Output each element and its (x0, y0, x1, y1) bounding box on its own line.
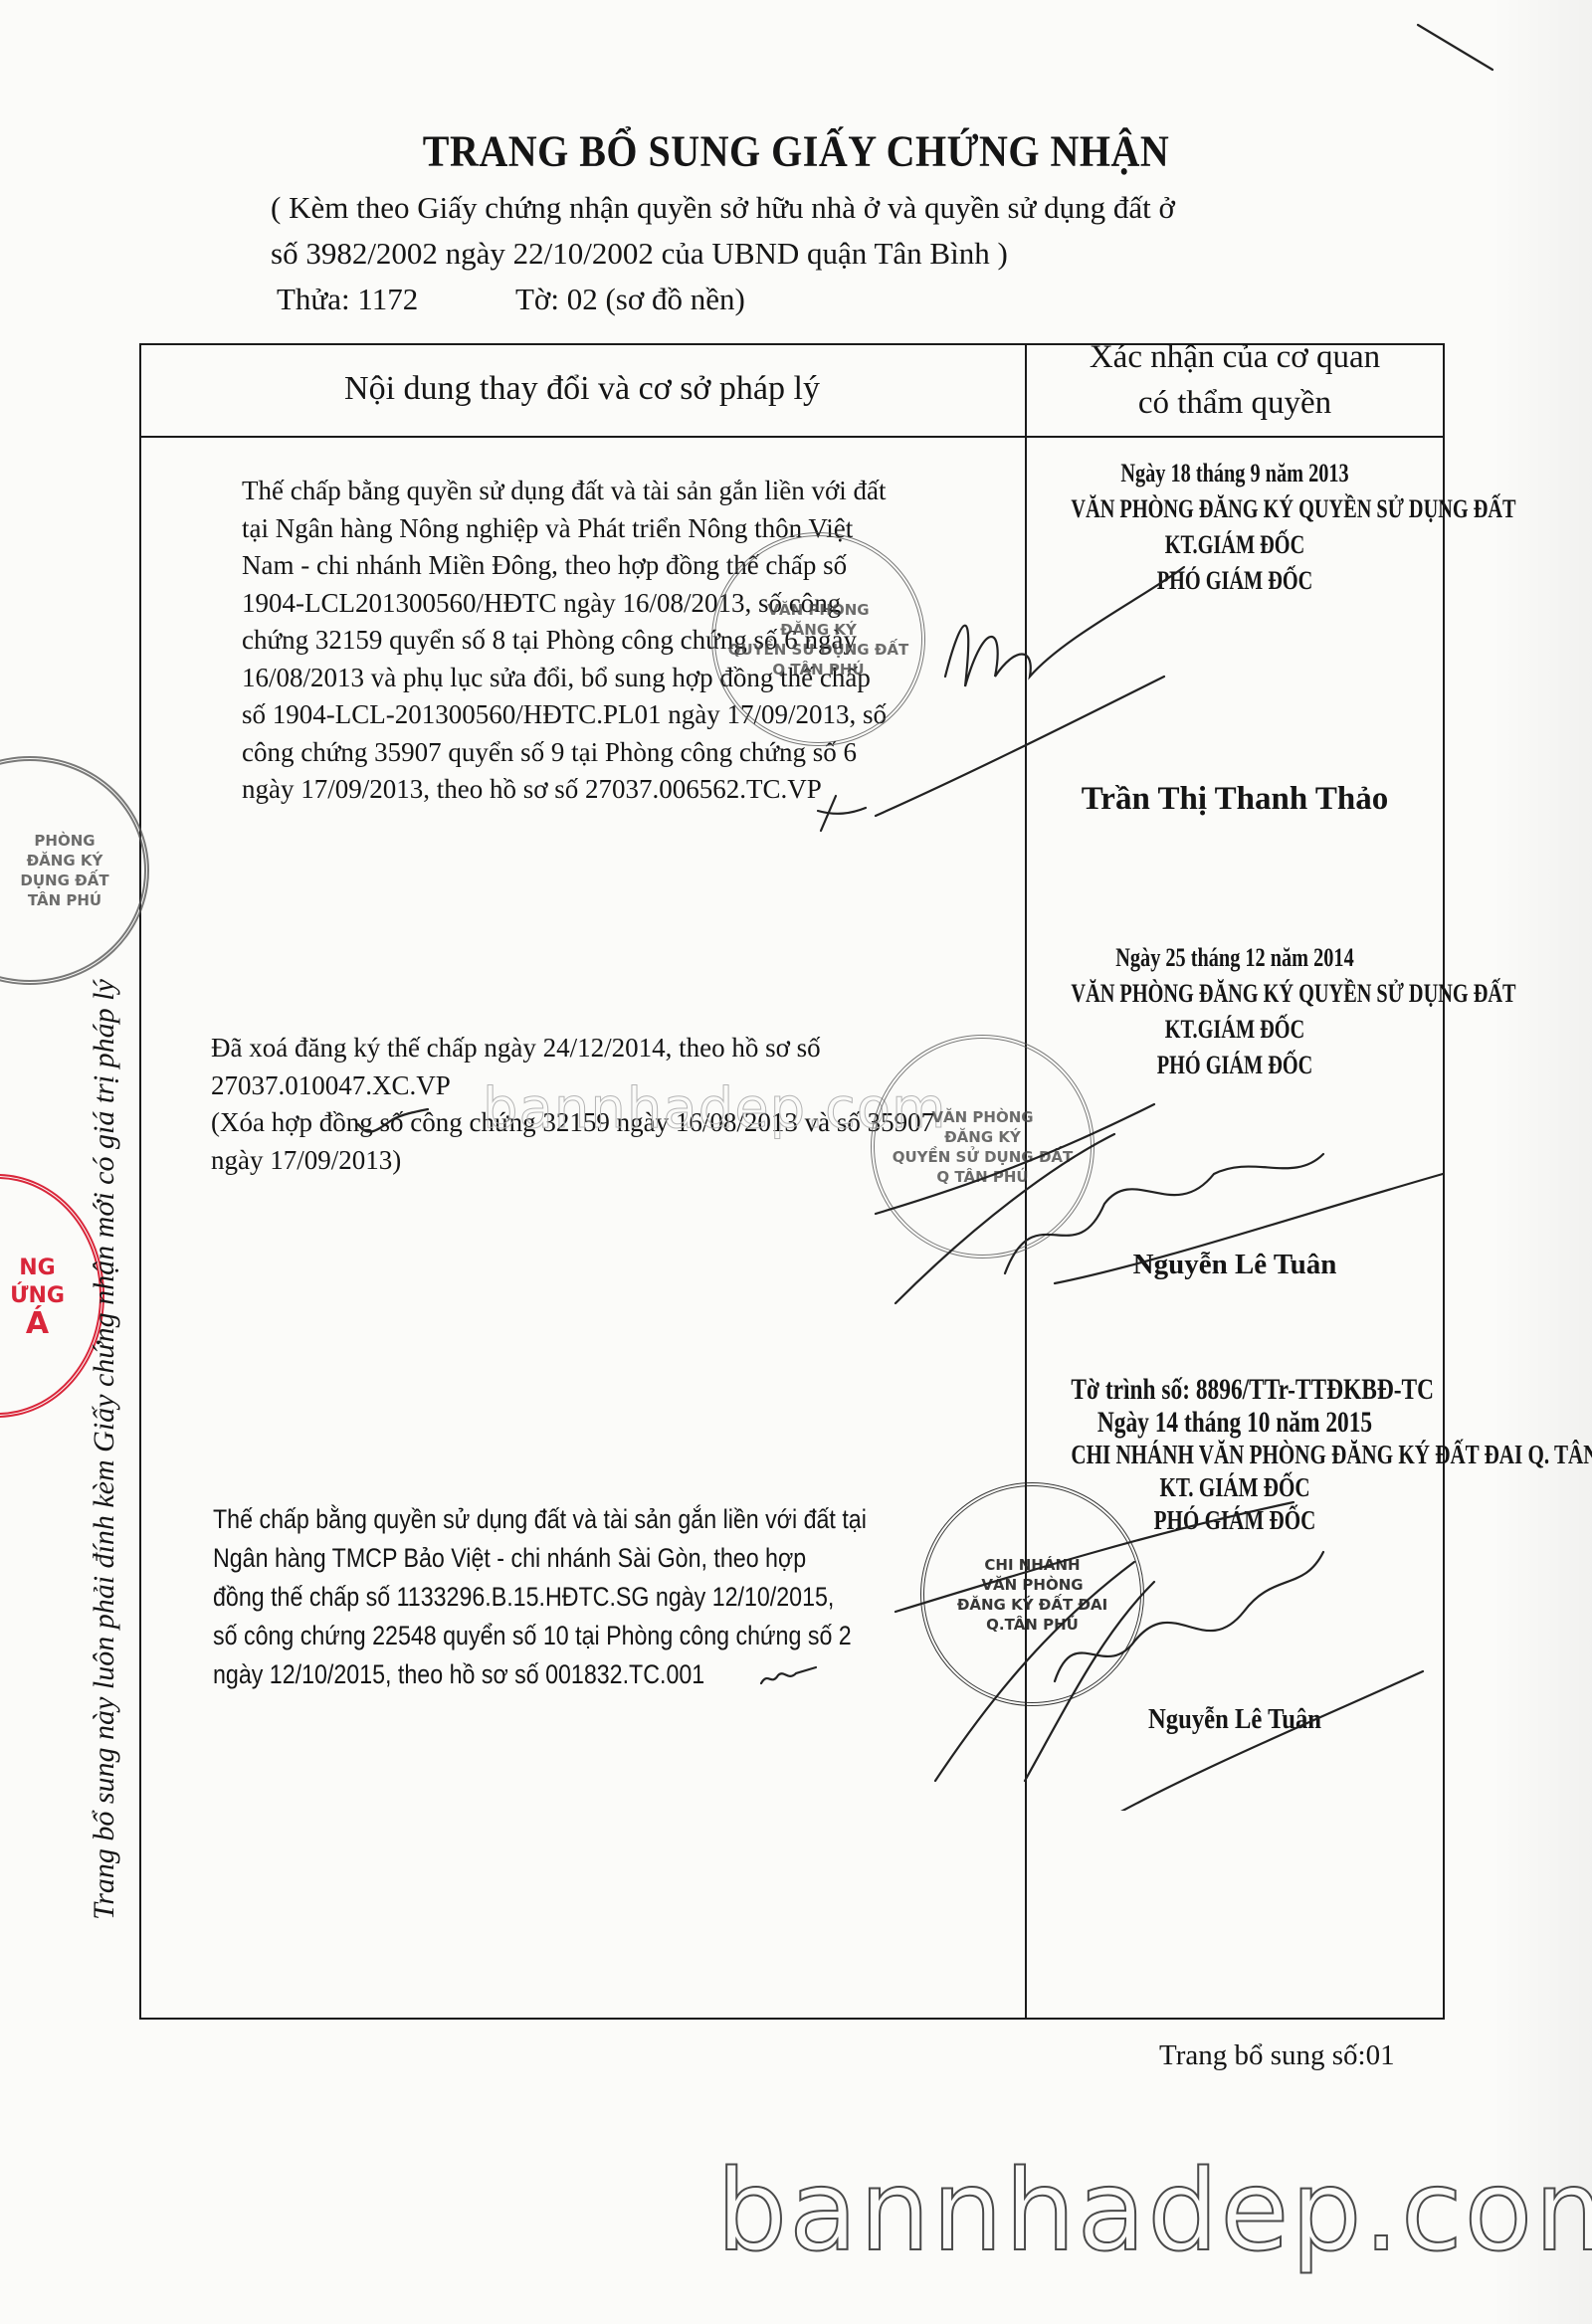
confirmation-date: Ngày 14 tháng 10 năm 2015 (1071, 1406, 1398, 1439)
page-label: Trang bổ sung số: (1159, 2039, 1366, 2071)
header-confirmation-line-1: Xác nhận của cơ quan (1025, 334, 1445, 380)
signature-1 (866, 557, 1284, 836)
seal-text: NG (0, 1255, 56, 1282)
header-confirmation-line-2: có thẩm quyền (1025, 380, 1445, 426)
entry-2-confirmation: Ngày 25 tháng 12 năm 2014 VĂN PHÒNG ĐĂNG… (1071, 940, 1398, 1083)
seal-text: Á (0, 1310, 49, 1338)
confirmation-office: VĂN PHÒNG ĐĂNG KÝ QUYỀN SỬ DỤNG ĐẤT (1071, 976, 1398, 1012)
confirmation-office: CHI NHÁNH VĂN PHÒNG ĐĂNG KÝ ĐẤT ĐAI Q. T… (1071, 1439, 1398, 1471)
subtitle-line-1: ( Kèm theo Giấy chứng nhận quyền sở hữu … (271, 185, 1175, 231)
page-number: 01 (1366, 2039, 1395, 2071)
seal-text: Q TÂN PHÚ (772, 660, 864, 679)
sheet-number: Tờ: 02 (sơ đồ nền) (515, 277, 745, 322)
entry-line: Thế chấp bằng quyền sử dụng đất và tài s… (242, 473, 887, 510)
confirmation-ref: Tờ trình số: 8896/TTr-TTĐKBĐ-TC (1071, 1373, 1398, 1406)
seal-text: VĂN PHÒNG (767, 600, 869, 620)
entry-line: Ngân hàng TMCP Bảo Việt - chi nhánh Sài … (213, 1539, 867, 1578)
confirmation-office: VĂN PHÒNG ĐĂNG KÝ QUYỀN SỬ DỤNG ĐẤT (1071, 491, 1398, 527)
entry-line: Thế chấp bằng quyền sử dụng đất và tài s… (213, 1500, 867, 1539)
confirmation-role-1: KT.GIÁM ĐỐC (1071, 1012, 1398, 1048)
document-title: TRANG BỔ SUNG GIẤY CHỨNG NHẬN (0, 124, 1592, 177)
entry-line: Đã xoá đăng ký thế chấp ngày 24/12/2014,… (211, 1030, 934, 1067)
confirmation-date: Ngày 25 tháng 12 năm 2014 (1071, 940, 1398, 976)
subtitle-line-2: số 3982/2002 ngày 22/10/2002 của UBND qu… (271, 231, 1008, 277)
entry-line: ngày 17/09/2013) (211, 1142, 934, 1180)
seal-text: TÂN PHÚ (0, 890, 101, 910)
header-content-column: Nội dung thay đổi và cơ sở pháp lý (139, 370, 1025, 408)
side-legal-note: Trang bổ sung này luôn phải đính kèm Giấ… (88, 952, 121, 1947)
table-header-divider (139, 436, 1445, 438)
header-confirmation-column: Xác nhận của cơ quan có thẩm quyền (1025, 334, 1445, 426)
confirmation-date: Ngày 18 tháng 9 năm 2013 (1071, 456, 1398, 491)
seal-text: ĐĂNG KÝ (0, 851, 102, 871)
seal-text: ĐĂNG KÝ (780, 620, 857, 640)
signature-3 (876, 1492, 1433, 1811)
seal-text: DỤNG ĐẤT (0, 871, 109, 890)
signature-2 (856, 1074, 1453, 1313)
entry-line: số công chứng 22548 quyển số 10 tại Phòn… (213, 1617, 867, 1655)
watermark: bannhadep.com (716, 2147, 1592, 2276)
initial-mark-2 (348, 1094, 438, 1144)
page-edge-shadow (1492, 0, 1592, 2324)
left-edge-seal-gray: PHÒNG ĐĂNG KÝ DỤNG ĐẤT TÂN PHÚ (0, 756, 149, 985)
seal-text: PHÒNG (0, 831, 96, 851)
corner-scratch (1413, 20, 1502, 80)
initial-mark-3 (756, 1661, 826, 1691)
entry-line: đồng thế chấp số 1133296.B.15.HĐTC.SG ng… (213, 1578, 867, 1617)
supplement-page-number: Trang bổ sung số:01 (1159, 2039, 1395, 2072)
initial-mark-1 (806, 786, 886, 836)
parcel-number: Thửa: 1172 (277, 277, 418, 322)
entry-line: ngày 17/09/2013, theo hồ sơ số 27037.006… (242, 771, 887, 809)
